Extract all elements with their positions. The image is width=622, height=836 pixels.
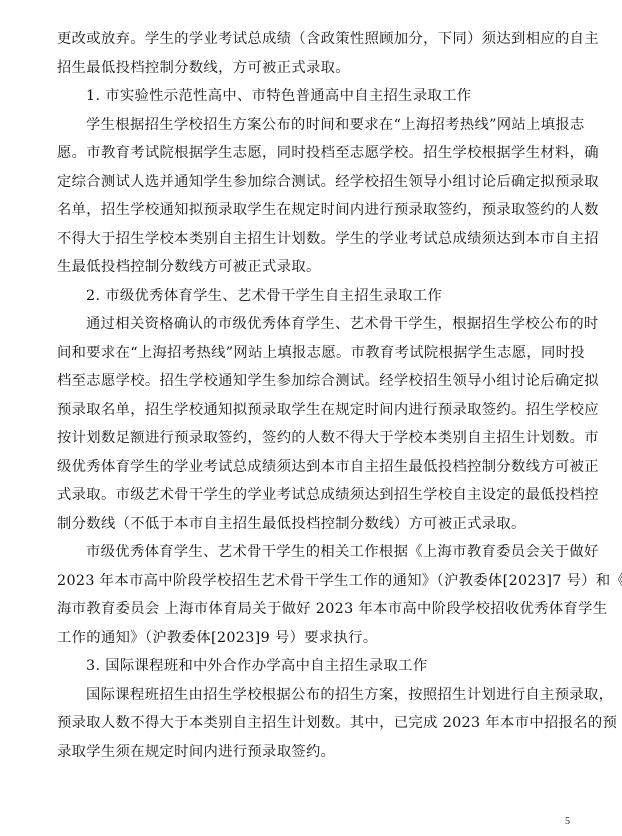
text-line: 海市教育委员会 上海市体育局关于做好 2023 年本市高中阶段学校招收优秀体育学… bbox=[57, 595, 573, 624]
text-line: 工作的通知》（沪教委体[2023]9 号）要求执行。 bbox=[57, 624, 573, 653]
text-line: 国际课程班招生由招生学校根据公布的招生方案，按照招生计划进行自主预录取， bbox=[57, 681, 573, 710]
text-line: 愿。市教育考试院根据学生志愿，同时投档至志愿学校。招生学校根据学生材料，确 bbox=[57, 139, 573, 168]
text-line: 招生最低投档控制分数线，方可被正式录取。 bbox=[57, 54, 573, 83]
text-line: 市级优秀体育学生、艺术骨干学生的相关工作根据《上海市教育委员会关于做好 bbox=[57, 538, 573, 567]
text-line: 定综合测试人选并通知学生参加综合测试。经学校招生领导小组讨论后确定拟预录取 bbox=[57, 168, 573, 197]
section-heading-1: 1. 市实验性示范性高中、市特色普通高中自主招生录取工作 bbox=[57, 82, 573, 111]
section-heading-3: 3. 国际课程班和中外合作办学高中自主招生录取工作 bbox=[57, 652, 573, 681]
text-line: 生最低投档控制分数线方可被正式录取。 bbox=[57, 253, 573, 282]
text-line: 制分数线（不低于本市自主招生最低投档控制分数线）方可被正式录取。 bbox=[57, 510, 573, 539]
text-line: 通过相关资格确认的市级优秀体育学生、艺术骨干学生，根据招生学校公布的时 bbox=[57, 310, 573, 339]
text-line: 录取学生须在规定时间内进行预录取签约。 bbox=[57, 738, 573, 767]
text-line: 按计划数足额进行预录取签约，签约的人数不得大于学校本类别自主招生计划数。市 bbox=[57, 424, 573, 453]
section-heading-2: 2. 市级优秀体育学生、艺术骨干学生自主招生录取工作 bbox=[57, 282, 573, 311]
text-line: 间和要求在“上海招考热线”网站上填报志愿。市教育考试院根据学生志愿，同时投 bbox=[57, 339, 573, 368]
text-line: 预录取名单，招生学校通知拟预录取学生在规定时间内进行预录取签约。招生学校应 bbox=[57, 396, 573, 425]
document-body: 更改或放弃。学生的学业考试总成绩（含政策性照顾加分，下同）须达到相应的自主 招生… bbox=[57, 25, 573, 766]
text-line: 更改或放弃。学生的学业考试总成绩（含政策性照顾加分，下同）须达到相应的自主 bbox=[57, 25, 573, 54]
text-line: 级优秀体育学生的学业考试总成绩须达到本市自主招生最低投档控制分数线方可被正 bbox=[57, 453, 573, 482]
text-line: 2023 年本市高中阶段学校招生艺术骨干学生工作的通知》（沪教委体[2023]7… bbox=[57, 567, 573, 596]
text-line: 不得大于招生学校本类别自主招生计划数。学生的学业考试总成绩须达到本市自主招 bbox=[57, 225, 573, 254]
text-line: 档至志愿学校。招生学校通知学生参加综合测试。经学校招生领导小组讨论后确定拟 bbox=[57, 367, 573, 396]
page-number: 5 bbox=[565, 816, 570, 827]
text-line: 式录取。市级艺术骨干学生的学业考试总成绩须达到招生学校自主设定的最低投档控 bbox=[57, 481, 573, 510]
text-line: 学生根据招生学校招生方案公布的时间和要求在“上海招考热线”网站上填报志 bbox=[57, 111, 573, 140]
text-line: 预录取人数不得大于本类别自主招生计划数。其中，已完成 2023 年本市中招报名的… bbox=[57, 709, 573, 738]
text-line: 名单，招生学校通知拟预录取学生在规定时间内进行预录取签约，预录取签约的人数 bbox=[57, 196, 573, 225]
